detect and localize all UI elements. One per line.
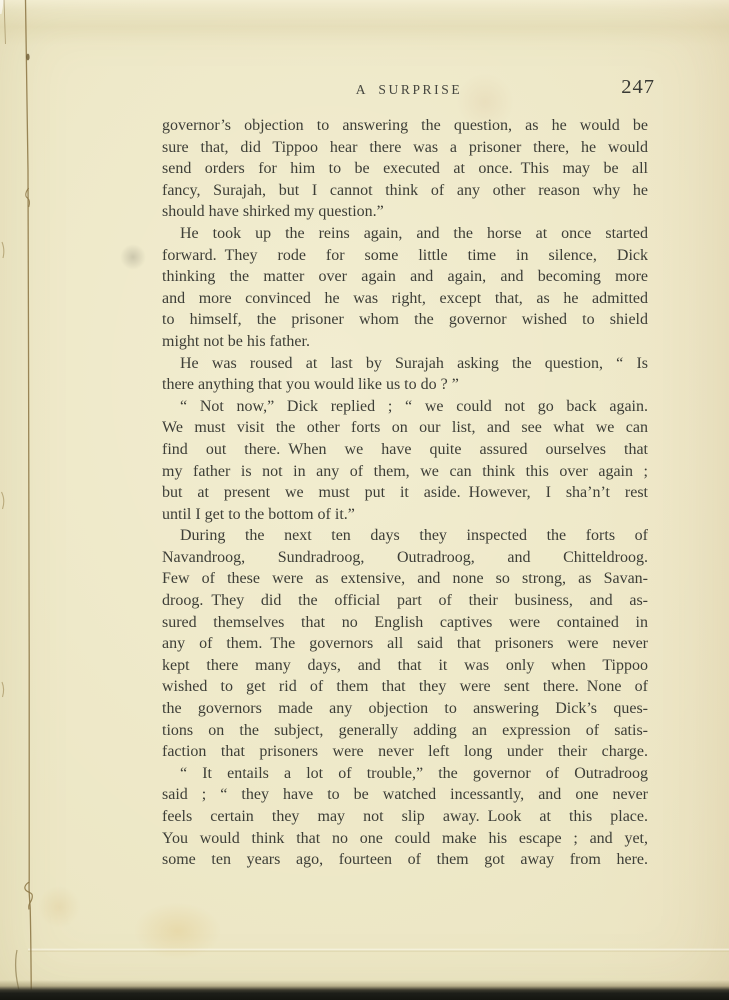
text-line: should have shirked my question.” — [162, 201, 648, 223]
text-line: my father is not in any of them, we can … — [162, 461, 648, 483]
running-header: A SURPRISE 247 — [163, 79, 655, 103]
text-line: any of them. The governors all said that… — [162, 633, 648, 655]
paper-stain — [130, 900, 225, 962]
paragraph: “ It entails a lot of trouble,” the gove… — [162, 763, 648, 871]
text-line: “ It entails a lot of trouble,” the gove… — [162, 763, 648, 785]
paragraph: governor’s objection to answering the qu… — [162, 115, 648, 223]
text-line: might not be his father. — [162, 331, 648, 353]
text-line: governor’s objection to answering the qu… — [162, 115, 648, 137]
text-line: send orders for him to be executed at on… — [162, 158, 648, 180]
paragraph: He took up the reins again, and the hors… — [162, 223, 648, 353]
text-line: tions on the subject, generally adding a… — [162, 720, 648, 742]
chapter-running-title: A SURPRISE — [356, 82, 462, 98]
text-line: “ Not now,” Dick replied ; “ we could no… — [162, 396, 648, 418]
text-line: He was roused at last by Surajah asking … — [162, 353, 648, 375]
text-line: and more convinced he was right, except … — [162, 288, 648, 310]
text-line: droog. They did the official part of the… — [162, 590, 648, 612]
text-line: fancy, Surajah, but I cannot think of an… — [162, 180, 648, 202]
gutter-knot — [26, 54, 29, 61]
text-line: to himself, the prisoner whom the govern… — [162, 309, 648, 331]
text-line: find out there. When we have quite assur… — [162, 439, 648, 461]
text-line: He took up the reins again, and the hors… — [162, 223, 648, 245]
page-edge-mark — [2, 492, 4, 509]
text-line: kept there many days, and that it was on… — [162, 655, 648, 677]
text-line: sured themselves that no English captive… — [162, 612, 648, 634]
text-line: We must visit the other forts on our lis… — [162, 417, 648, 439]
text-line: but at present we must put it aside. How… — [162, 482, 648, 504]
text-line: sure that, did Tippoo hear there was a p… — [162, 137, 648, 159]
page-edge-mark — [2, 682, 4, 697]
text-line: until I get to the bottom of it.” — [162, 504, 648, 526]
paragraph: During the next ten days they inspected … — [162, 525, 648, 763]
page-edge-mark — [16, 950, 20, 994]
text-line: During the next ten days they inspected … — [162, 525, 648, 547]
page-edge-mark — [4, 0, 6, 44]
text-line: wished to get rid of them that they were… — [162, 676, 648, 698]
text-line: said ; “ they have to be watched incessa… — [162, 784, 648, 806]
book-page: A SURPRISE 247 governor’s objection to a… — [0, 0, 729, 1000]
page-edge-mark — [2, 242, 4, 258]
text-line: thinking the matter over again and again… — [162, 266, 648, 288]
paper-stain — [36, 884, 82, 930]
text-line: Navandroog, Sundradroog, Outradroog, and… — [162, 547, 648, 569]
text-line: forward. They rode for some little time … — [162, 245, 648, 267]
paragraph: “ Not now,” Dick replied ; “ we could no… — [162, 396, 648, 526]
gutter-squiggle — [26, 188, 30, 207]
page-gutter-line — [26, 0, 32, 996]
scan-bottom-shadow — [0, 980, 729, 1000]
text-line: faction that prisoners were never left l… — [162, 741, 648, 763]
text-line: the governors made any objection to answ… — [162, 698, 648, 720]
page-number: 247 — [621, 76, 655, 99]
text-line: feels certain they may not slip away. Lo… — [162, 806, 648, 828]
text-line: some ten years ago, fourteen of them got… — [162, 849, 648, 871]
text-line: Few of these were as extensive, and none… — [162, 568, 648, 590]
page-crease — [28, 948, 729, 952]
paper-stain — [118, 244, 148, 270]
text-block: governor’s objection to answering the qu… — [162, 115, 648, 871]
scan-top-sheen — [0, 0, 729, 46]
paragraph: He was roused at last by Surajah asking … — [162, 353, 648, 396]
text-line: there anything that you would like us to… — [162, 374, 648, 396]
gutter-loop — [25, 882, 32, 910]
text-line: You would think that no one could make h… — [162, 828, 648, 850]
page-corner-highlight — [0, 0, 4, 14]
